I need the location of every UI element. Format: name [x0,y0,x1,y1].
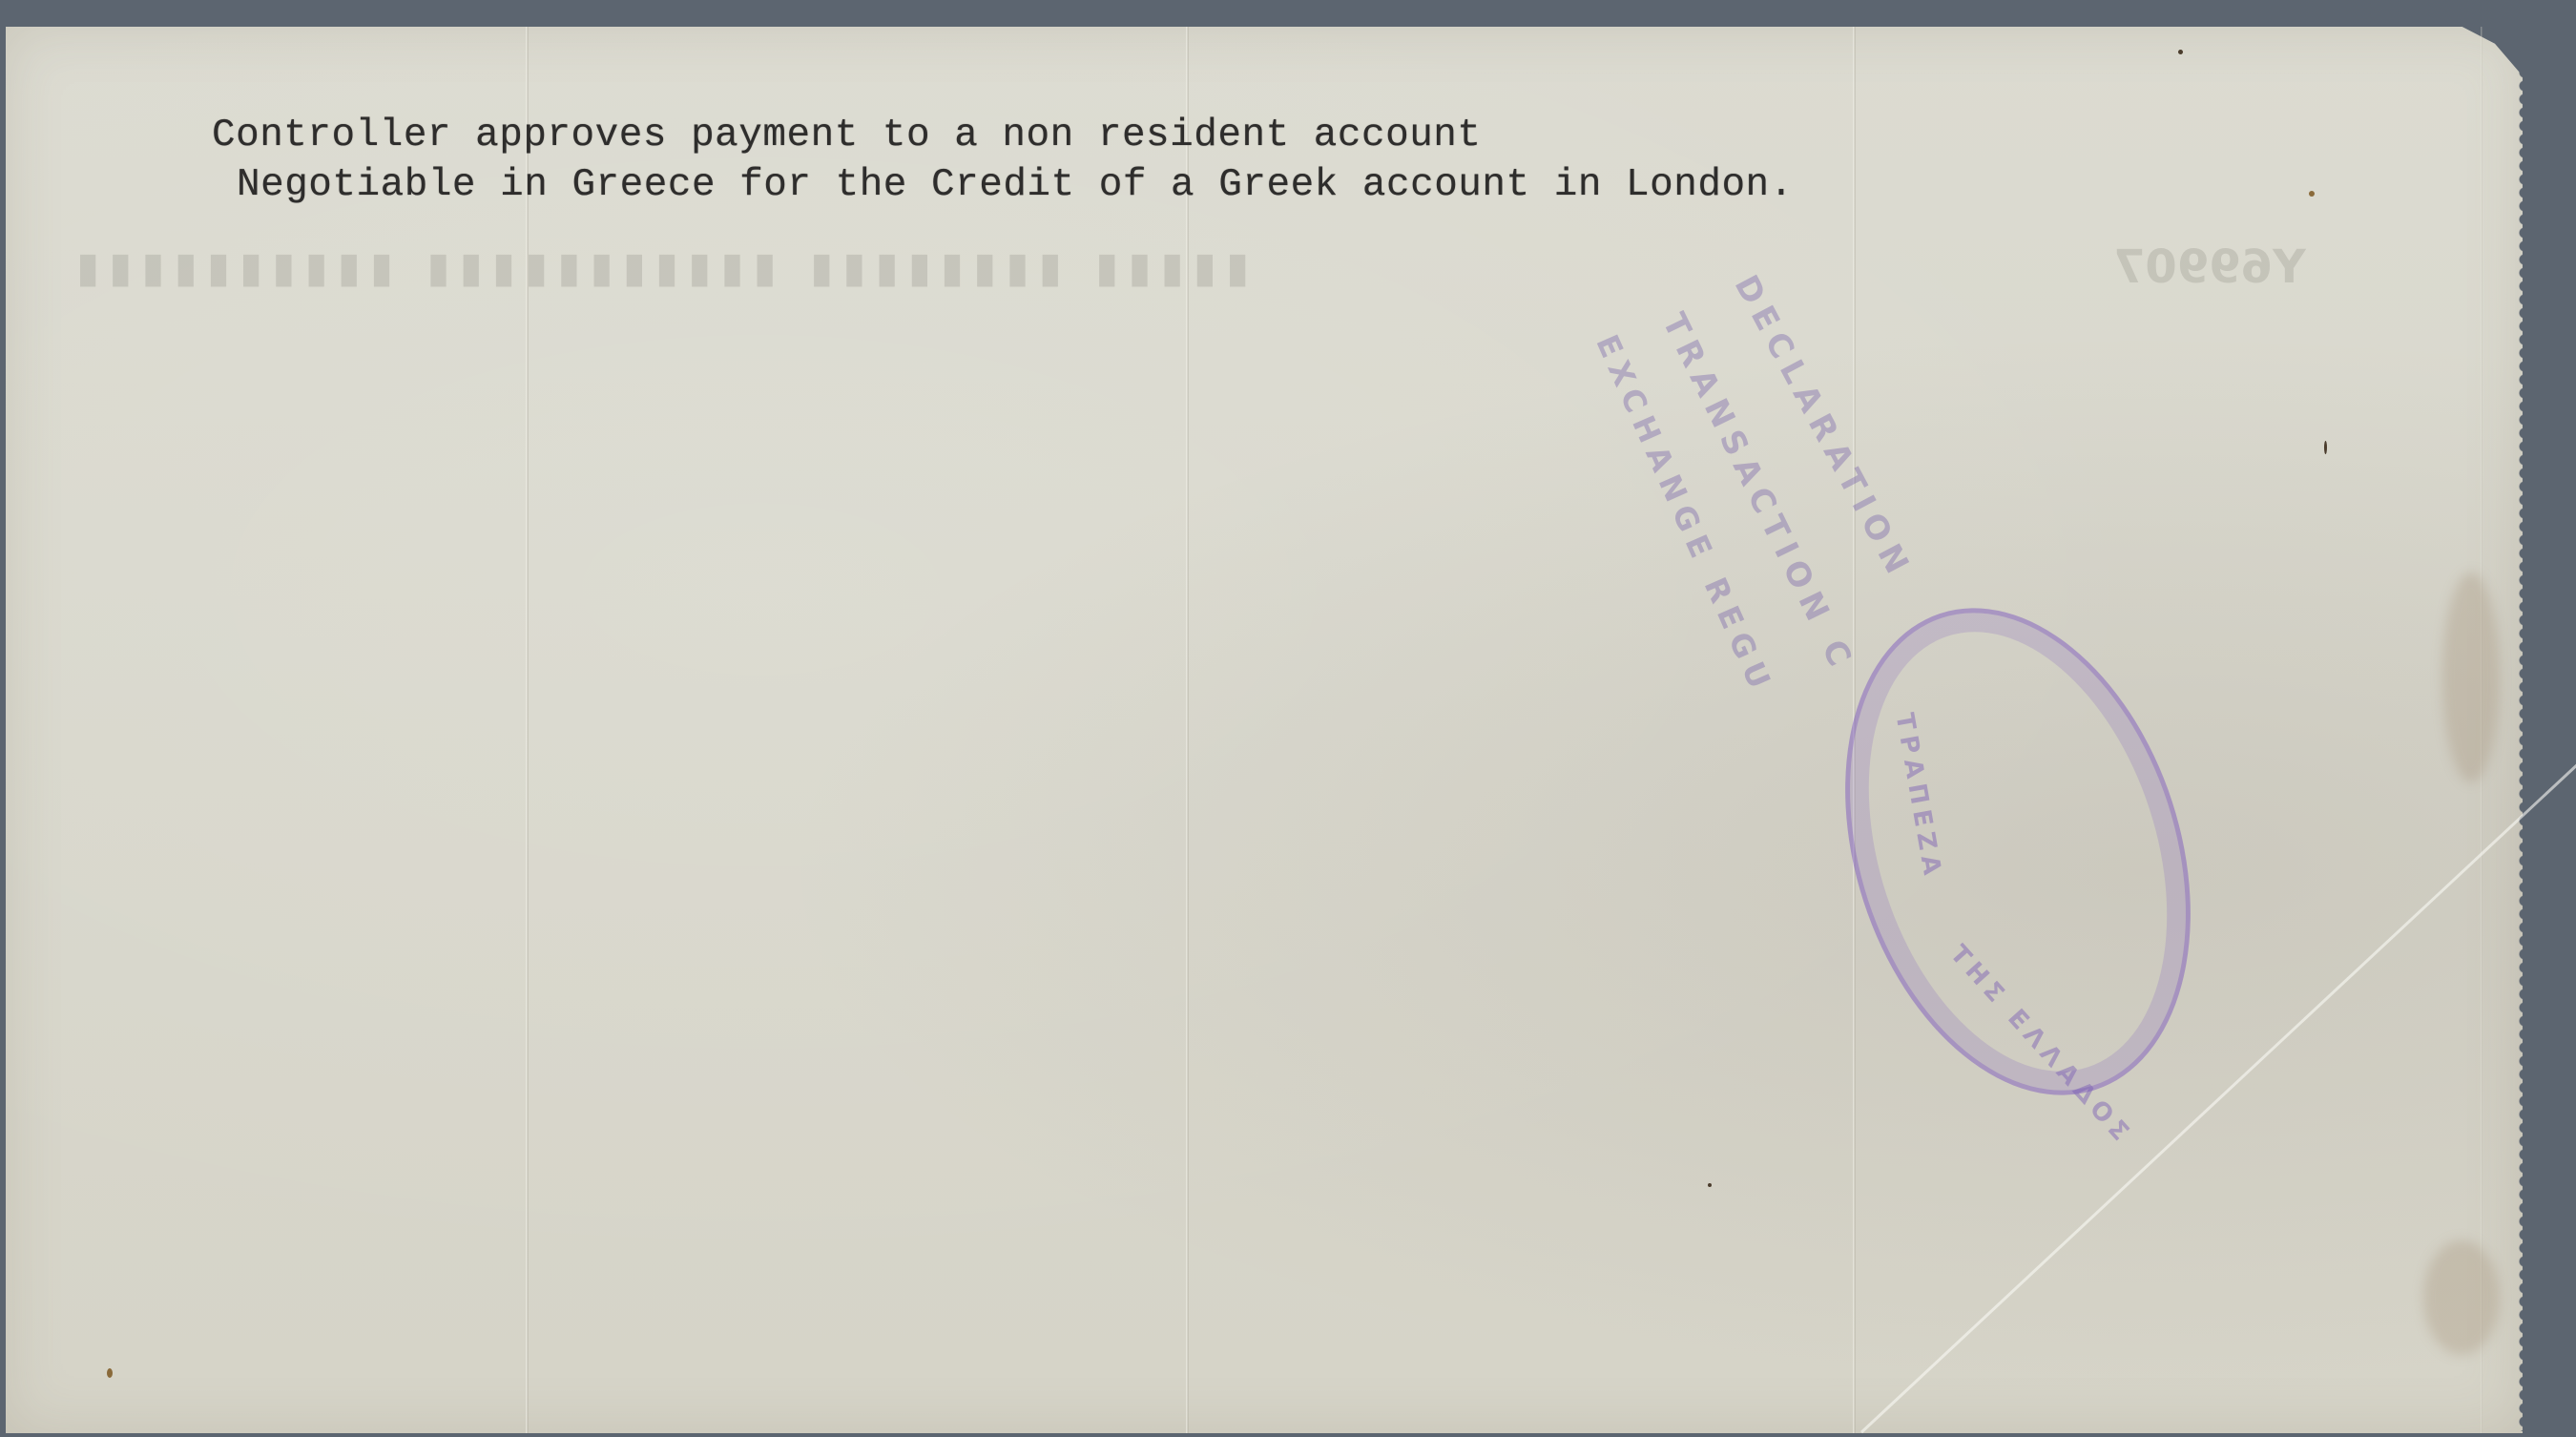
speck [2324,441,2327,454]
stain [2423,1240,2500,1355]
fold-line-2 [1186,27,1189,1433]
perforated-right-edge [2513,67,2524,1431]
document-paper [6,27,2523,1433]
typed-line-2: Negotiable in Greece for the Credit of a… [237,166,1794,205]
showthrough-header: ▮▮▮▮▮ ▮▮▮▮▮▮▮▮ ▮▮▮▮▮▮▮▮▮▮▮ ▮▮▮▮▮▮▮▮▮▮ [67,243,1249,292]
fold-line-1 [526,27,529,1433]
stain [2442,573,2500,782]
perforated-top-edge [1097,21,2462,32]
speck [2309,191,2315,197]
typed-line-1: Controller approves payment to a non res… [212,116,1482,156]
speck [107,1368,113,1378]
speck [1708,1183,1712,1187]
speck [2178,50,2183,54]
showthrough-number: Y69907 [2113,240,2306,294]
